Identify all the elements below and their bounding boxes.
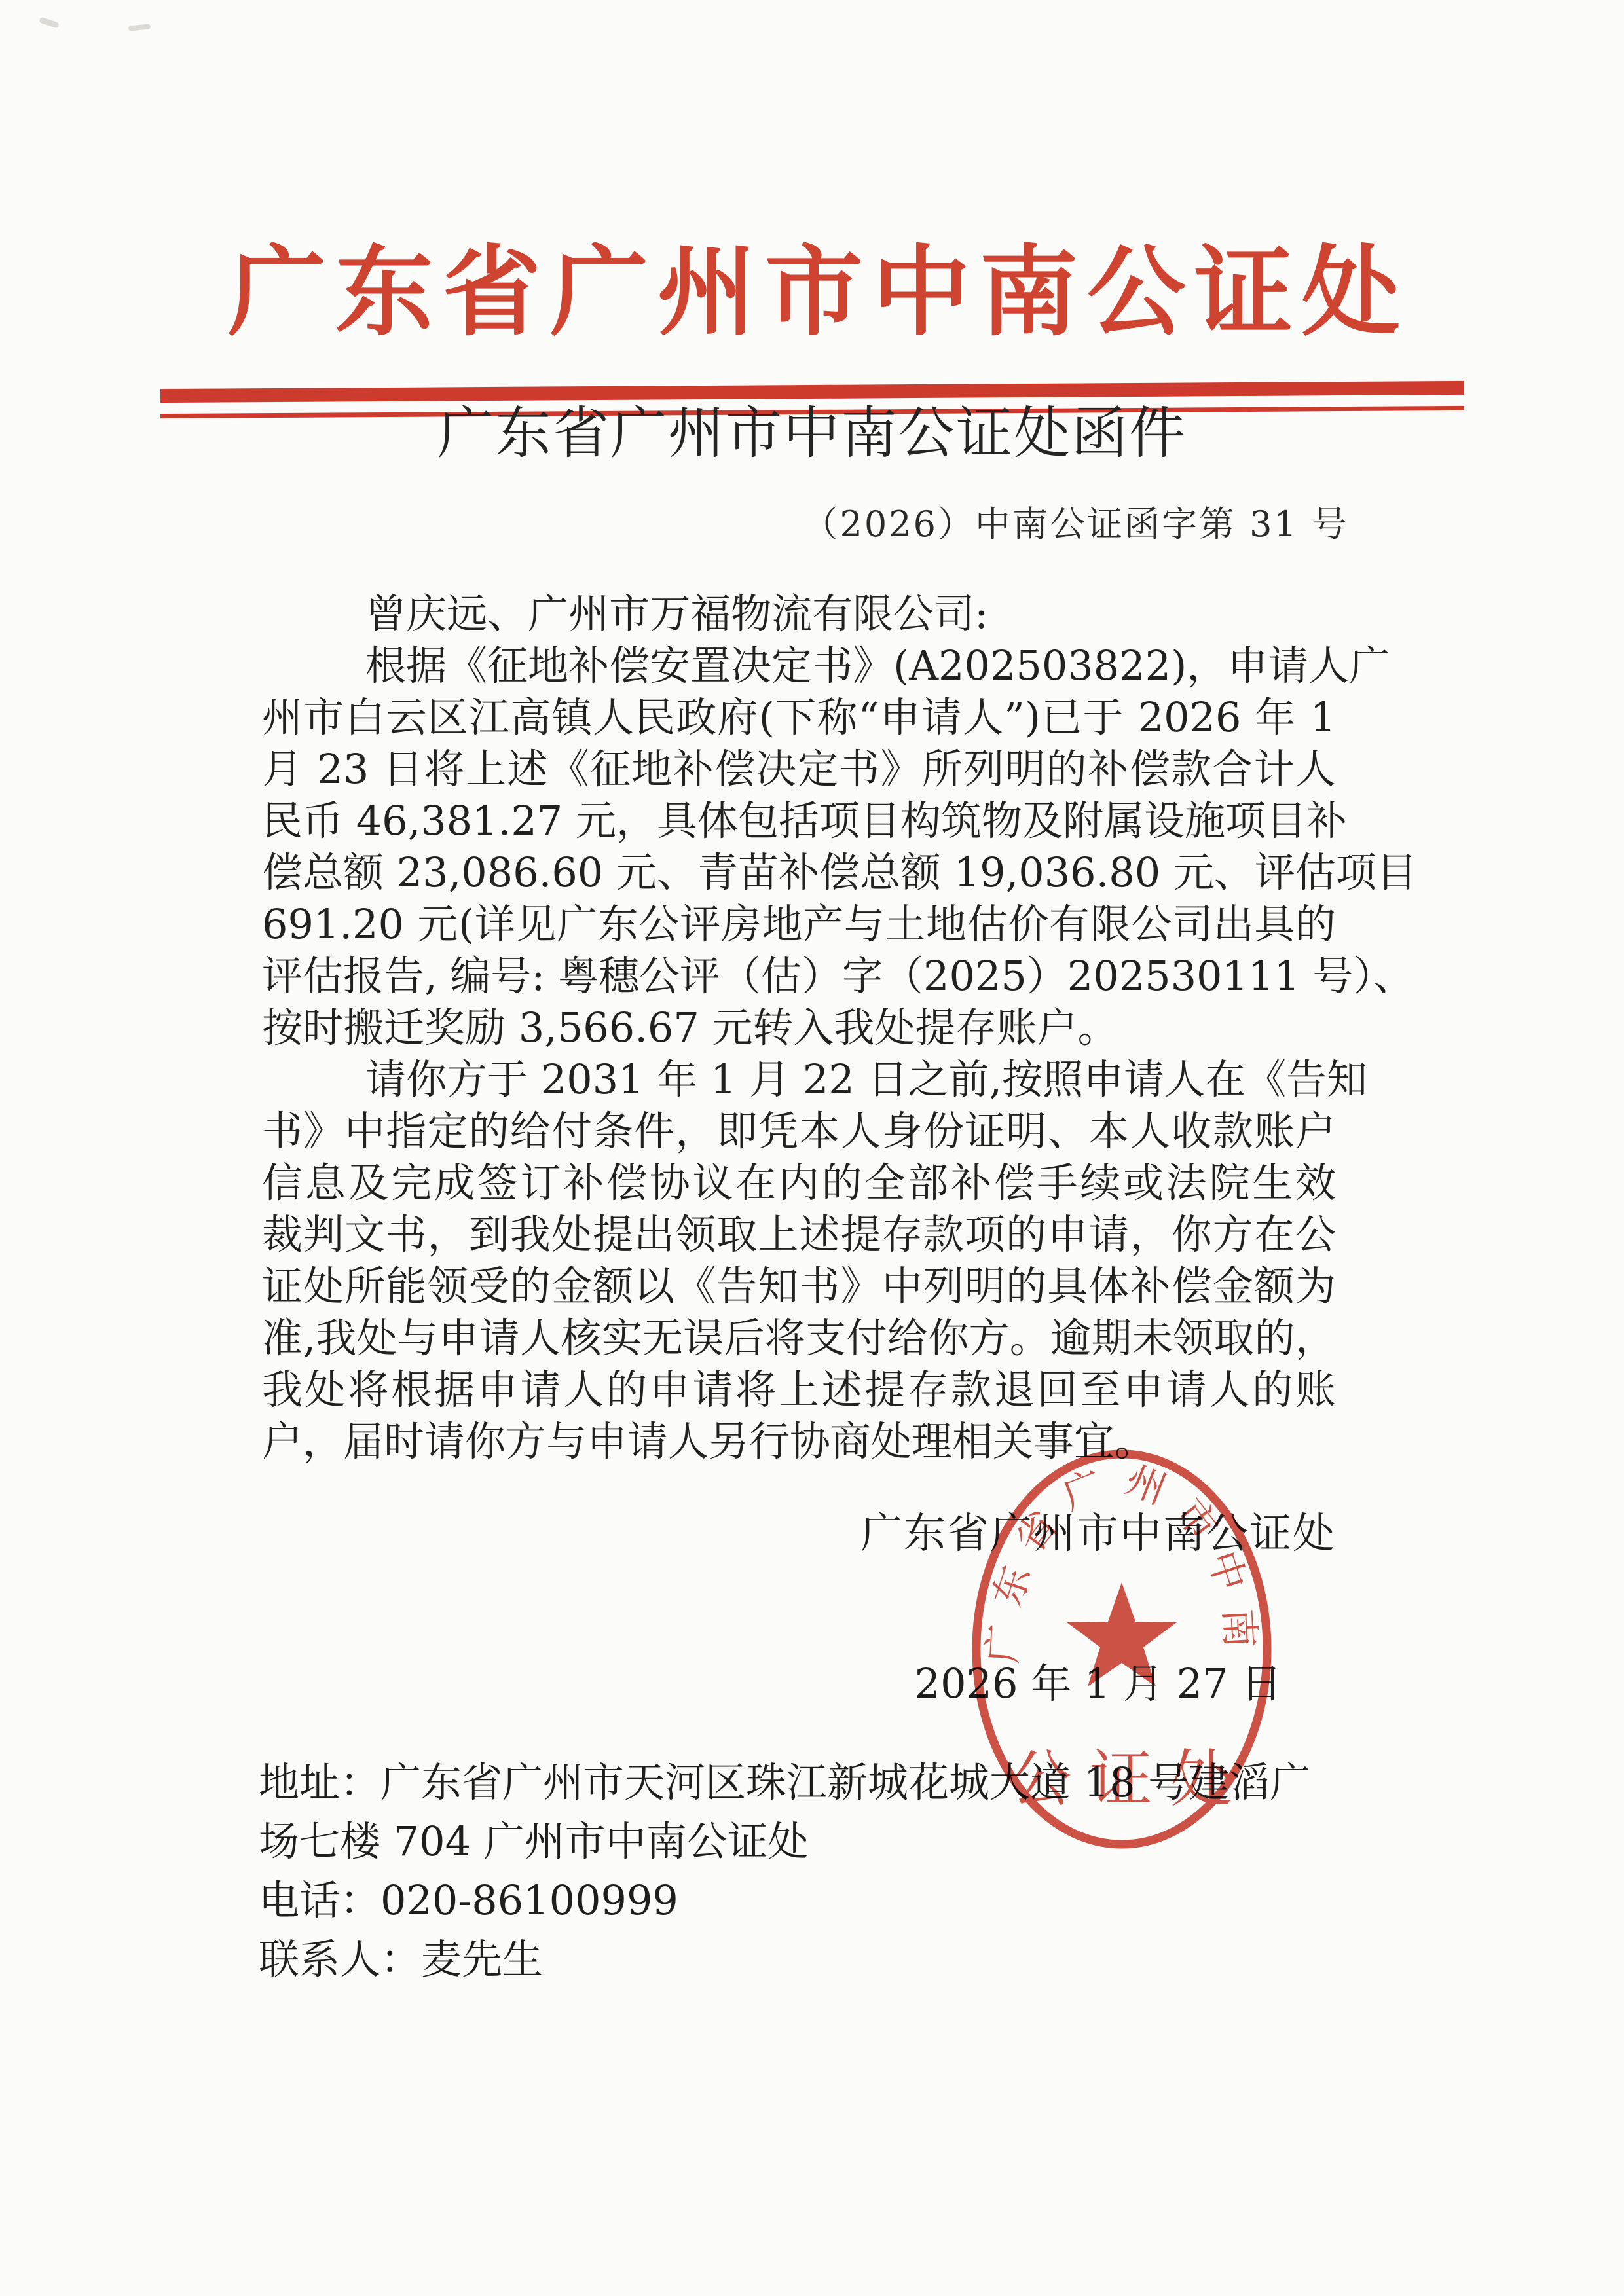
paragraph-2: 请你方于 2031 年 1 月 22 日之前,按照申请人在《告知书》中指定的给付… <box>262 1053 1336 1467</box>
letterhead-org-title: 广东省广州市中南公证处 <box>210 236 1428 349</box>
text-line: 书》中指定的给付条件，即凭本人身份证明、本人收款账户 <box>262 1105 1336 1157</box>
phone-line: 电话：020-86100999 <box>259 1871 1385 1930</box>
text-line: 根据《征地补偿安置决定书》(A202503822)，申请人广 <box>262 640 1336 691</box>
address-line-1: 地址：广东省广州市天河区珠江新城花城大道 18 号建滔广 <box>259 1753 1385 1812</box>
text-line: 裁判文书，到我处提出领取上述提存款项的申请，你方在公 <box>262 1209 1336 1260</box>
scan-speck <box>39 17 59 29</box>
address-line-2: 场七楼 704 广州市中南公证处 <box>259 1812 1385 1871</box>
closing-block: 广东省广州市中南公证处 2026 年 1 月 27 日 <box>860 1507 1336 1709</box>
text-line: 信息及完成签订补偿协议在内的全部补偿手续或法院生效 <box>262 1157 1336 1209</box>
letter-body: 曾庆远、广州市万福物流有限公司: 根据《征地补偿安置决定书》(A20250382… <box>262 588 1336 1467</box>
paragraph-1: 根据《征地补偿安置决定书》(A202503822)，申请人广州市白云区江高镇人民… <box>262 640 1336 1053</box>
text-line: 偿总额 23,086.60 元、青苗补偿总额 19,036.80 元、评估项目 <box>262 847 1336 898</box>
footer-contact-block: 地址：广东省广州市天河区珠江新城花城大道 18 号建滔广 场七楼 704 广州市… <box>259 1753 1385 1989</box>
text-line: 民币 46,381.27 元，具体包括项目构筑物及附属设施项目补 <box>262 795 1336 847</box>
document-page: 广东省广州市中南公证处 广东省广州市中南公证处函件 （2026）中南公证函字第 … <box>0 0 1624 2296</box>
text-line: 691.20 元(详见广东公评房地产与土地估价有限公司出具的 <box>262 898 1336 950</box>
document-title: 广东省广州市中南公证处函件 <box>0 392 1624 476</box>
reference-number: （2026）中南公证函字第 31 号 <box>803 496 1349 547</box>
text-line: 按时搬迁奖励 3,566.67 元转入我处提存账户。 <box>262 1002 1336 1053</box>
text-line: 证处所能领受的金额以《告知书》中列明的具体补偿金额为 <box>262 1260 1336 1312</box>
salutation: 曾庆远、广州市万福物流有限公司: <box>262 588 1336 640</box>
closing-org-name: 广东省广州市中南公证处 <box>860 1507 1336 1561</box>
scan-speck <box>128 24 151 31</box>
text-line: 准,我处与申请人核实无误后将支付给你方。逾期未领取的， <box>262 1312 1336 1364</box>
text-line: 我处将根据申请人的申请将上述提存款退回至申请人的账 <box>262 1364 1336 1415</box>
text-line: 评估报告, 编号: 粤穗公评（估）字（2025）202530111 号）、 <box>262 950 1336 1002</box>
text-line: 请你方于 2031 年 1 月 22 日之前,按照申请人在《告知 <box>262 1053 1336 1105</box>
closing-date: 2026 年 1 月 27 日 <box>860 1651 1336 1709</box>
text-line: 州市白云区江高镇人民政府(下称“申请人”)已于 2026 年 1 <box>262 691 1336 743</box>
text-line: 户，届时请你方与申请人另行协商处理相关事宜。 <box>262 1415 1336 1467</box>
contact-line: 联系人：麦先生 <box>259 1930 1385 1989</box>
text-line: 月 23 日将上述《征地补偿决定书》所列明的补偿款合计人 <box>262 743 1336 795</box>
